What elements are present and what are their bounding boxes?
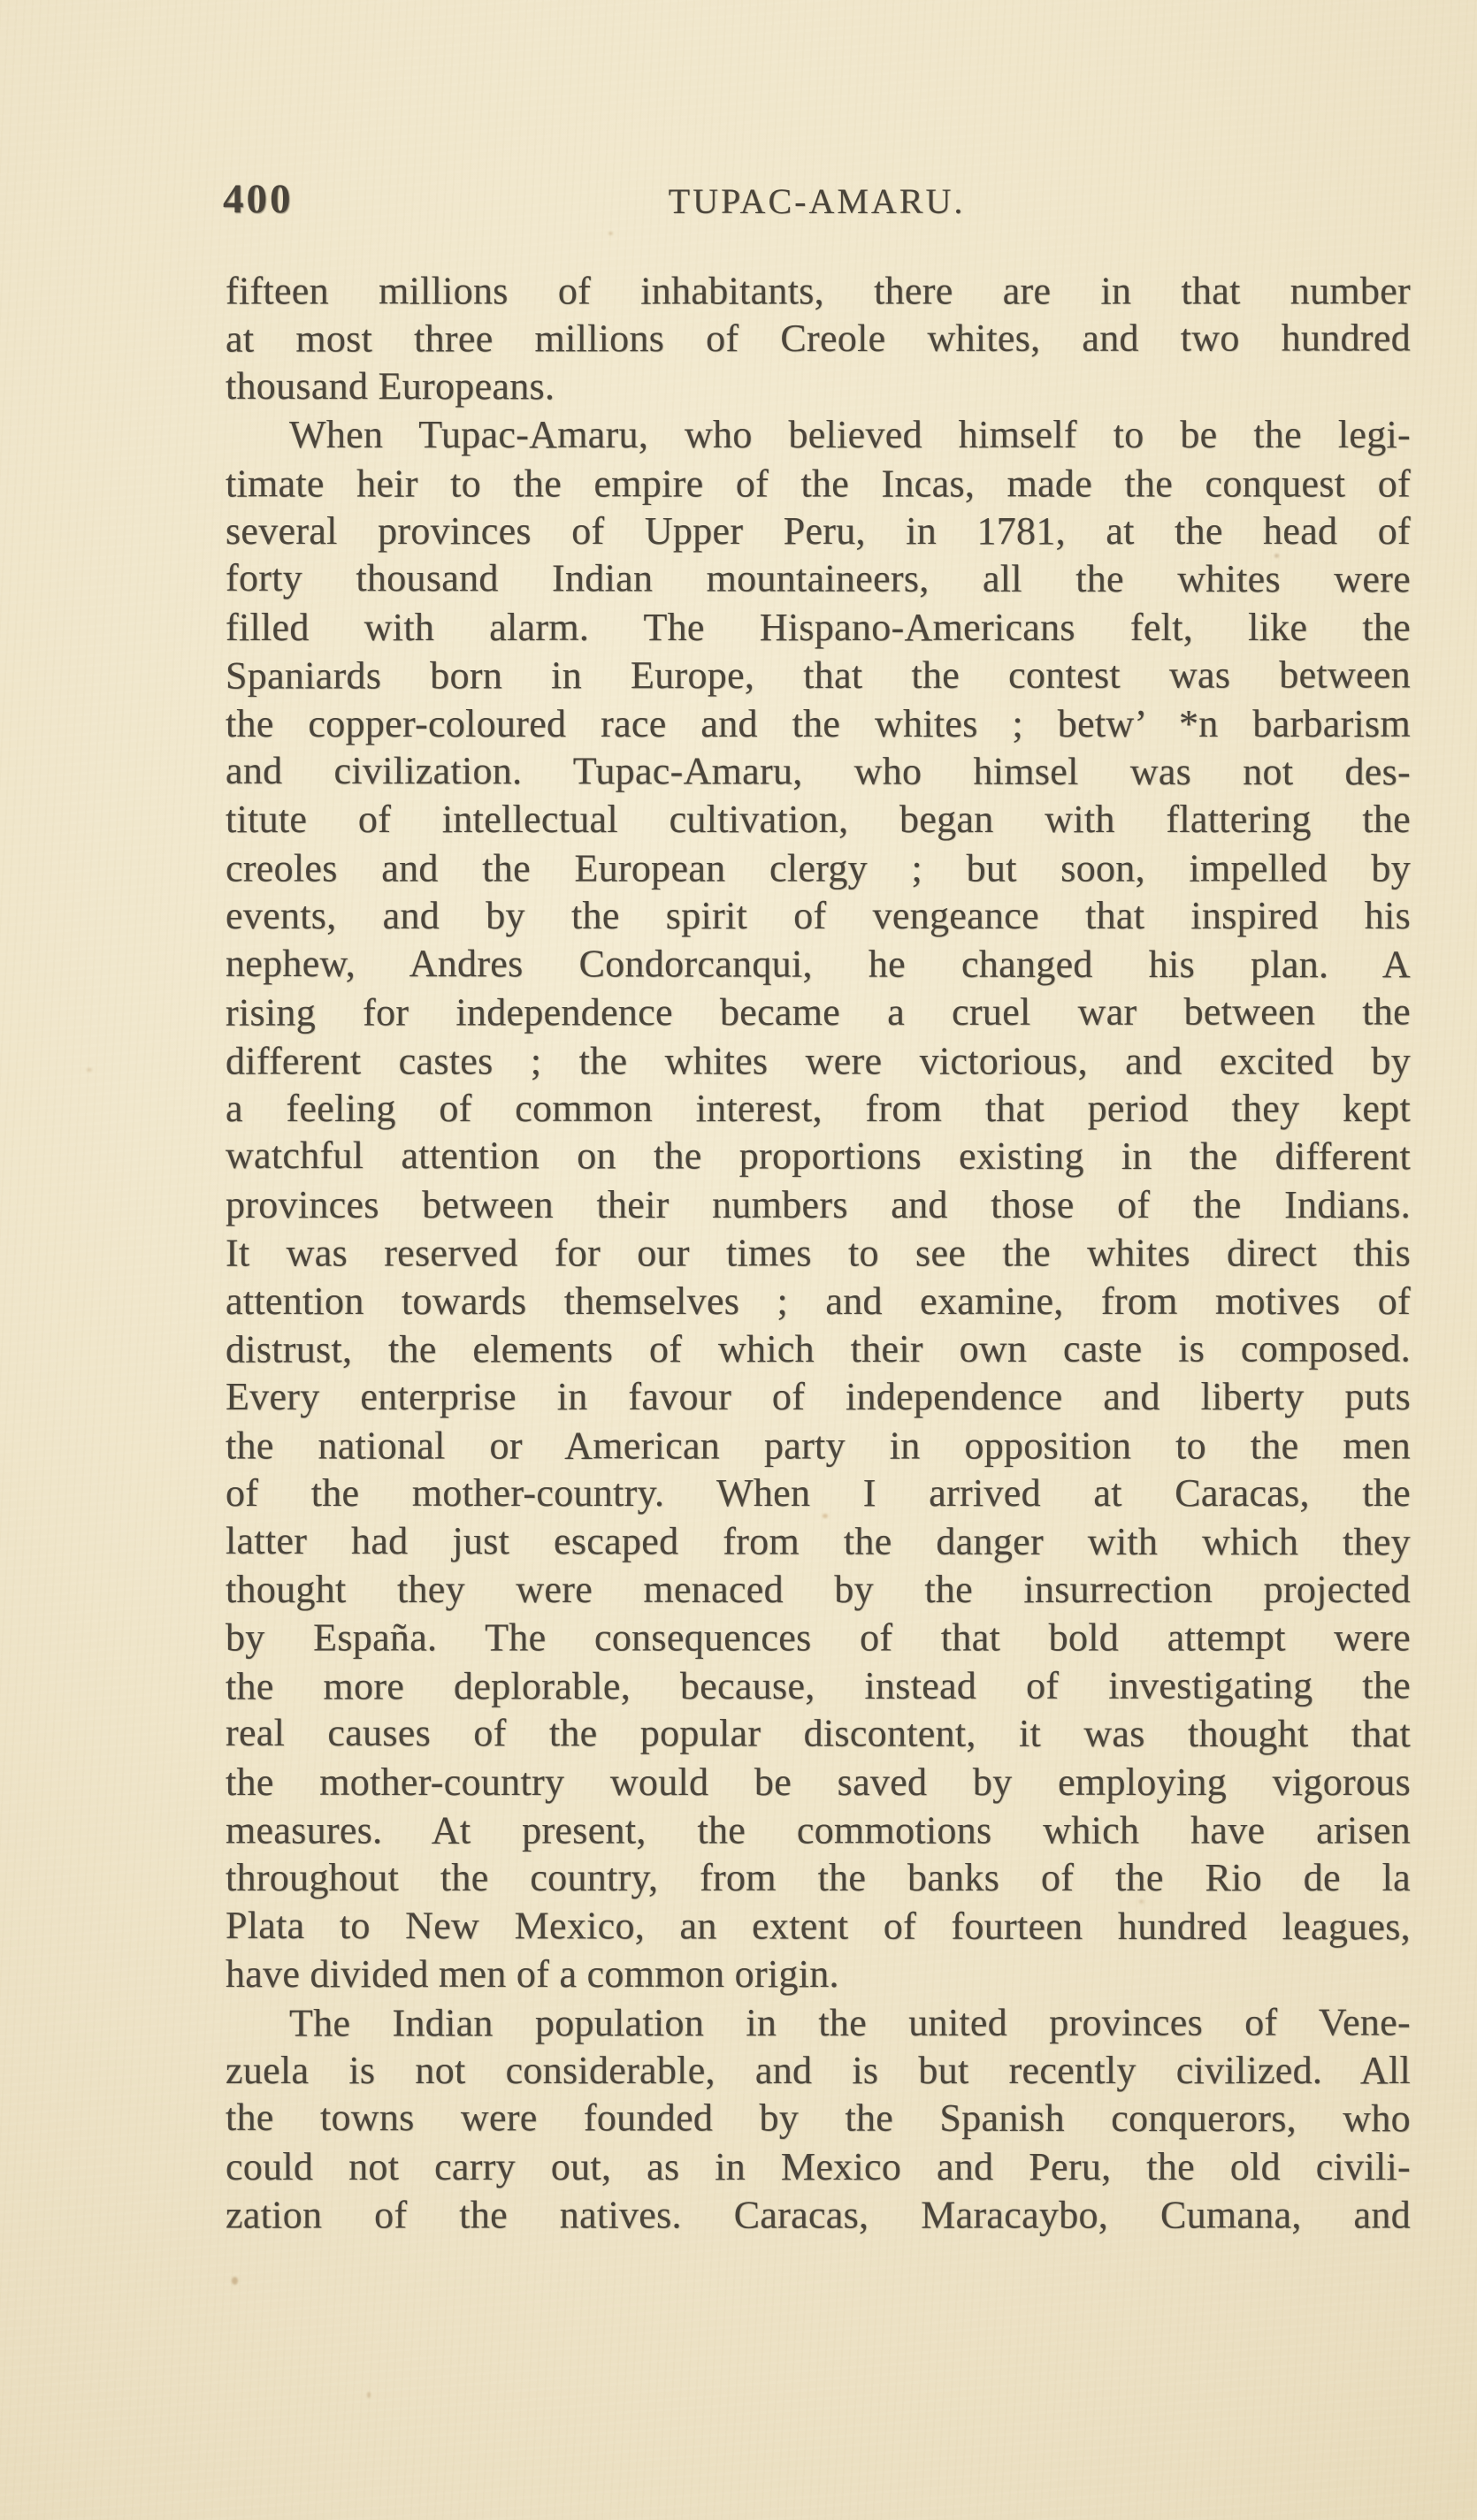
text-line: fifteen millions of inhabitants, there a… — [226, 267, 1411, 315]
text-line: could not carry out, as in Mexico and Pe… — [226, 2143, 1411, 2191]
page-body: fifteen millions of inhabitants, there a… — [226, 267, 1411, 2240]
text-line: provinces between their numbers and thos… — [226, 1181, 1411, 1229]
text-line: the mother-country would be saved by emp… — [226, 1759, 1411, 1806]
text-line: events, and by the spirit of vengeance t… — [226, 892, 1411, 940]
text-line: creoles and the European clergy ; but so… — [226, 844, 1411, 892]
text-line: rising for independence became a cruel w… — [226, 989, 1411, 1038]
text-line: thought they were menaced by the insurre… — [226, 1566, 1411, 1614]
text-line: Spaniards born in Europe, that the conte… — [226, 652, 1411, 701]
book-page-scan: 400 TUPAC-AMARU. fifteen millions of inh… — [0, 0, 1477, 2520]
text-line: the copper-coloured race and the whites … — [226, 700, 1411, 748]
running-title: TUPAC-AMARU. — [669, 173, 966, 222]
text-line: by España. The consequences of that bold… — [226, 1615, 1411, 1662]
text-line: Plata to New Mexico, an extent of fourte… — [226, 1902, 1411, 1951]
text-line: Every enterprise in favour of independen… — [226, 1373, 1411, 1421]
text-line: watchful attention on the proportions ex… — [226, 1132, 1411, 1181]
text-line: nephew, Andres Condorcanqui, he changed … — [226, 940, 1411, 989]
text-line: When Tupac-Amaru, who believed himself t… — [226, 411, 1411, 459]
text-line: distrust, the elements of which their ow… — [226, 1325, 1411, 1374]
text-line: have divided men of a common origin. — [226, 1951, 1411, 1998]
text-line: timate heir to the empire of the Incas, … — [226, 460, 1411, 508]
text-line: the towns were founded by the Spanish co… — [226, 2094, 1411, 2143]
paper-speck — [608, 232, 613, 235]
paper-speck — [367, 2392, 371, 2398]
paper-speck — [87, 1068, 92, 1072]
text-line: forty thousand Indian mountaineers, all … — [226, 554, 1411, 604]
text-line: a feeling of common interest, from that … — [226, 1085, 1411, 1133]
page-number: 400 — [223, 175, 294, 223]
text-line: zation of the natives. Caracas, Maracayb… — [226, 2192, 1411, 2240]
text-line: at most three millions of Creole whites,… — [226, 315, 1411, 364]
text-line: different castes ; the whites were victo… — [226, 1037, 1411, 1085]
text-line: several provinces of Upper Peru, in 1781… — [226, 508, 1411, 555]
text-line: the national or American party in opposi… — [226, 1422, 1411, 1470]
text-line: throughout the country, from the banks o… — [226, 1854, 1411, 1902]
text-line: measures. At present, the commotions whi… — [226, 1806, 1411, 1854]
text-line: attention towards themselves ; and exami… — [226, 1278, 1411, 1325]
text-line: latter had just escaped from the danger … — [226, 1516, 1411, 1566]
text-line: thousand Europeans. — [226, 363, 1411, 412]
text-line: filled with alarm. The Hispano-Americans… — [226, 604, 1411, 652]
paper-speck — [232, 2277, 238, 2285]
text-line: It was reserved for our times to see the… — [226, 1230, 1411, 1278]
text-line: the more deplorable, because, instead of… — [226, 1661, 1411, 1711]
text-line: and civilization. Tupac-Amaru, who himse… — [226, 747, 1411, 797]
running-header: 400 TUPAC-AMARU. — [223, 173, 1411, 226]
text-line: zuela is not considerable, and is but re… — [226, 2047, 1411, 2095]
text-line: titute of intellectual cultivation, bega… — [226, 796, 1411, 844]
text-line: of the mother-country. When I arrived at… — [226, 1470, 1411, 1517]
text-line: The Indian population in the united prov… — [226, 1998, 1411, 2048]
text-line: real causes of the popular discontent, i… — [226, 1709, 1411, 1759]
